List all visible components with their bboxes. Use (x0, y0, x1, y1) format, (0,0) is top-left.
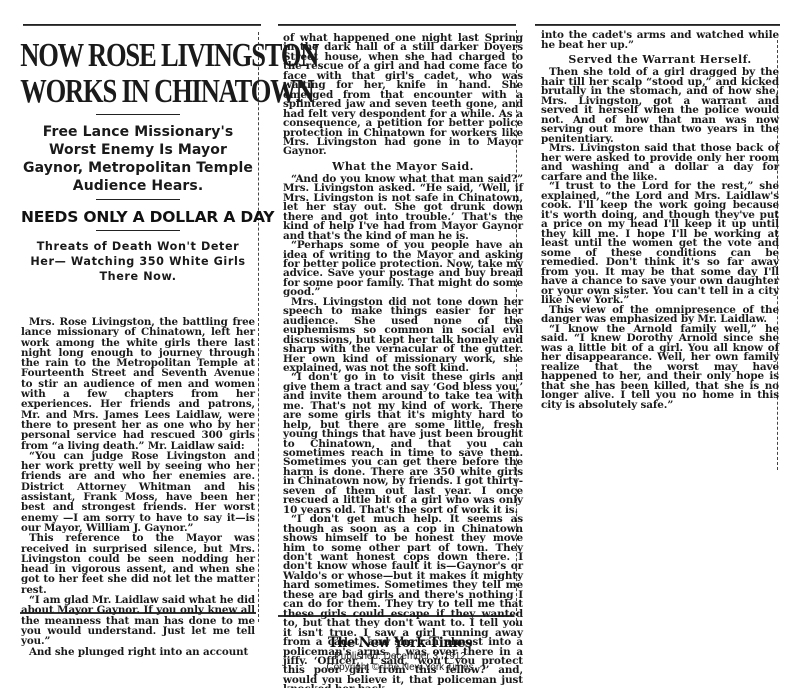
publication-footer: The New York Times Published: December 3… (270, 636, 530, 673)
paragraph: “I trust to the Lord for the rest,” she … (541, 182, 779, 306)
column-1-top-rule (23, 24, 261, 26)
article-column-2: of what happened one night last Spring i… (283, 34, 523, 688)
deck-headline-dollar-a-day: NEEDS ONLY A DOLLAR A DAY (21, 208, 255, 226)
deck-subheadline: Free Lance Missionary's Worst Enemy Is M… (21, 123, 255, 195)
paragraph: “And do you know what that man said?” Mr… (283, 175, 523, 241)
headline-divider (96, 114, 180, 115)
paragraph: And she plunged right into an account (21, 647, 255, 657)
headline-line-1: NOW ROSE LIVINGSTON (20, 38, 256, 74)
column-1-divider (258, 32, 259, 622)
column-3-top-rule (535, 24, 780, 26)
subhead-served-the-warrant: Served the Warrant Herself. (541, 53, 779, 66)
copyright-notice: Copyright © The New York Times (270, 662, 530, 673)
paragraph: Mrs. Livingston did not tone down her sp… (283, 298, 523, 374)
paragraph: Mrs. Rose Livingston, the battling free … (21, 317, 255, 451)
paragraph: This view of the omnipresence of the dan… (541, 306, 779, 325)
deck-threats-of-death: Threats of Death Won't Deter Her— Watchi… (21, 239, 255, 284)
article-column-1: NOW ROSE LIVINGSTON WORKS IN CHINATOWN F… (21, 38, 255, 657)
subhead-what-the-mayor-said: What the Mayor Said. (283, 160, 523, 173)
paragraph: into the cadet's arms and watched while … (541, 31, 779, 50)
paragraph: “Perhaps some of you people have an idea… (283, 241, 523, 298)
article-column-3: into the cadet's arms and watched while … (541, 31, 779, 410)
paragraph: This reference to the Mayor was received… (21, 533, 255, 595)
nyt-logo: The New York Times (270, 636, 530, 651)
paragraph: Then she told of a girl dragged by the h… (541, 68, 779, 144)
paragraph: of what happened one night last Spring i… (283, 34, 523, 157)
column-2-top-rule (278, 24, 516, 26)
published-date: Published: December 3, 1912 (270, 651, 530, 662)
paragraph: “I am glad Mr. Laidlaw said what he did … (21, 595, 255, 646)
paragraph: “I don't go in to visit these girls and … (283, 373, 523, 515)
headline-line-2: WORKS IN CHINATOWN (20, 74, 256, 110)
paragraph: Mrs. Livingston said that those back of … (541, 144, 779, 182)
paragraph: “I know the Arnold family well,” he said… (541, 325, 779, 411)
deck-divider-1 (96, 199, 180, 200)
deck-divider-2 (96, 230, 180, 231)
paragraph: “You can judge Rose Livingston and her w… (21, 451, 255, 533)
column-1-body: Mrs. Rose Livingston, the battling free … (21, 317, 255, 657)
